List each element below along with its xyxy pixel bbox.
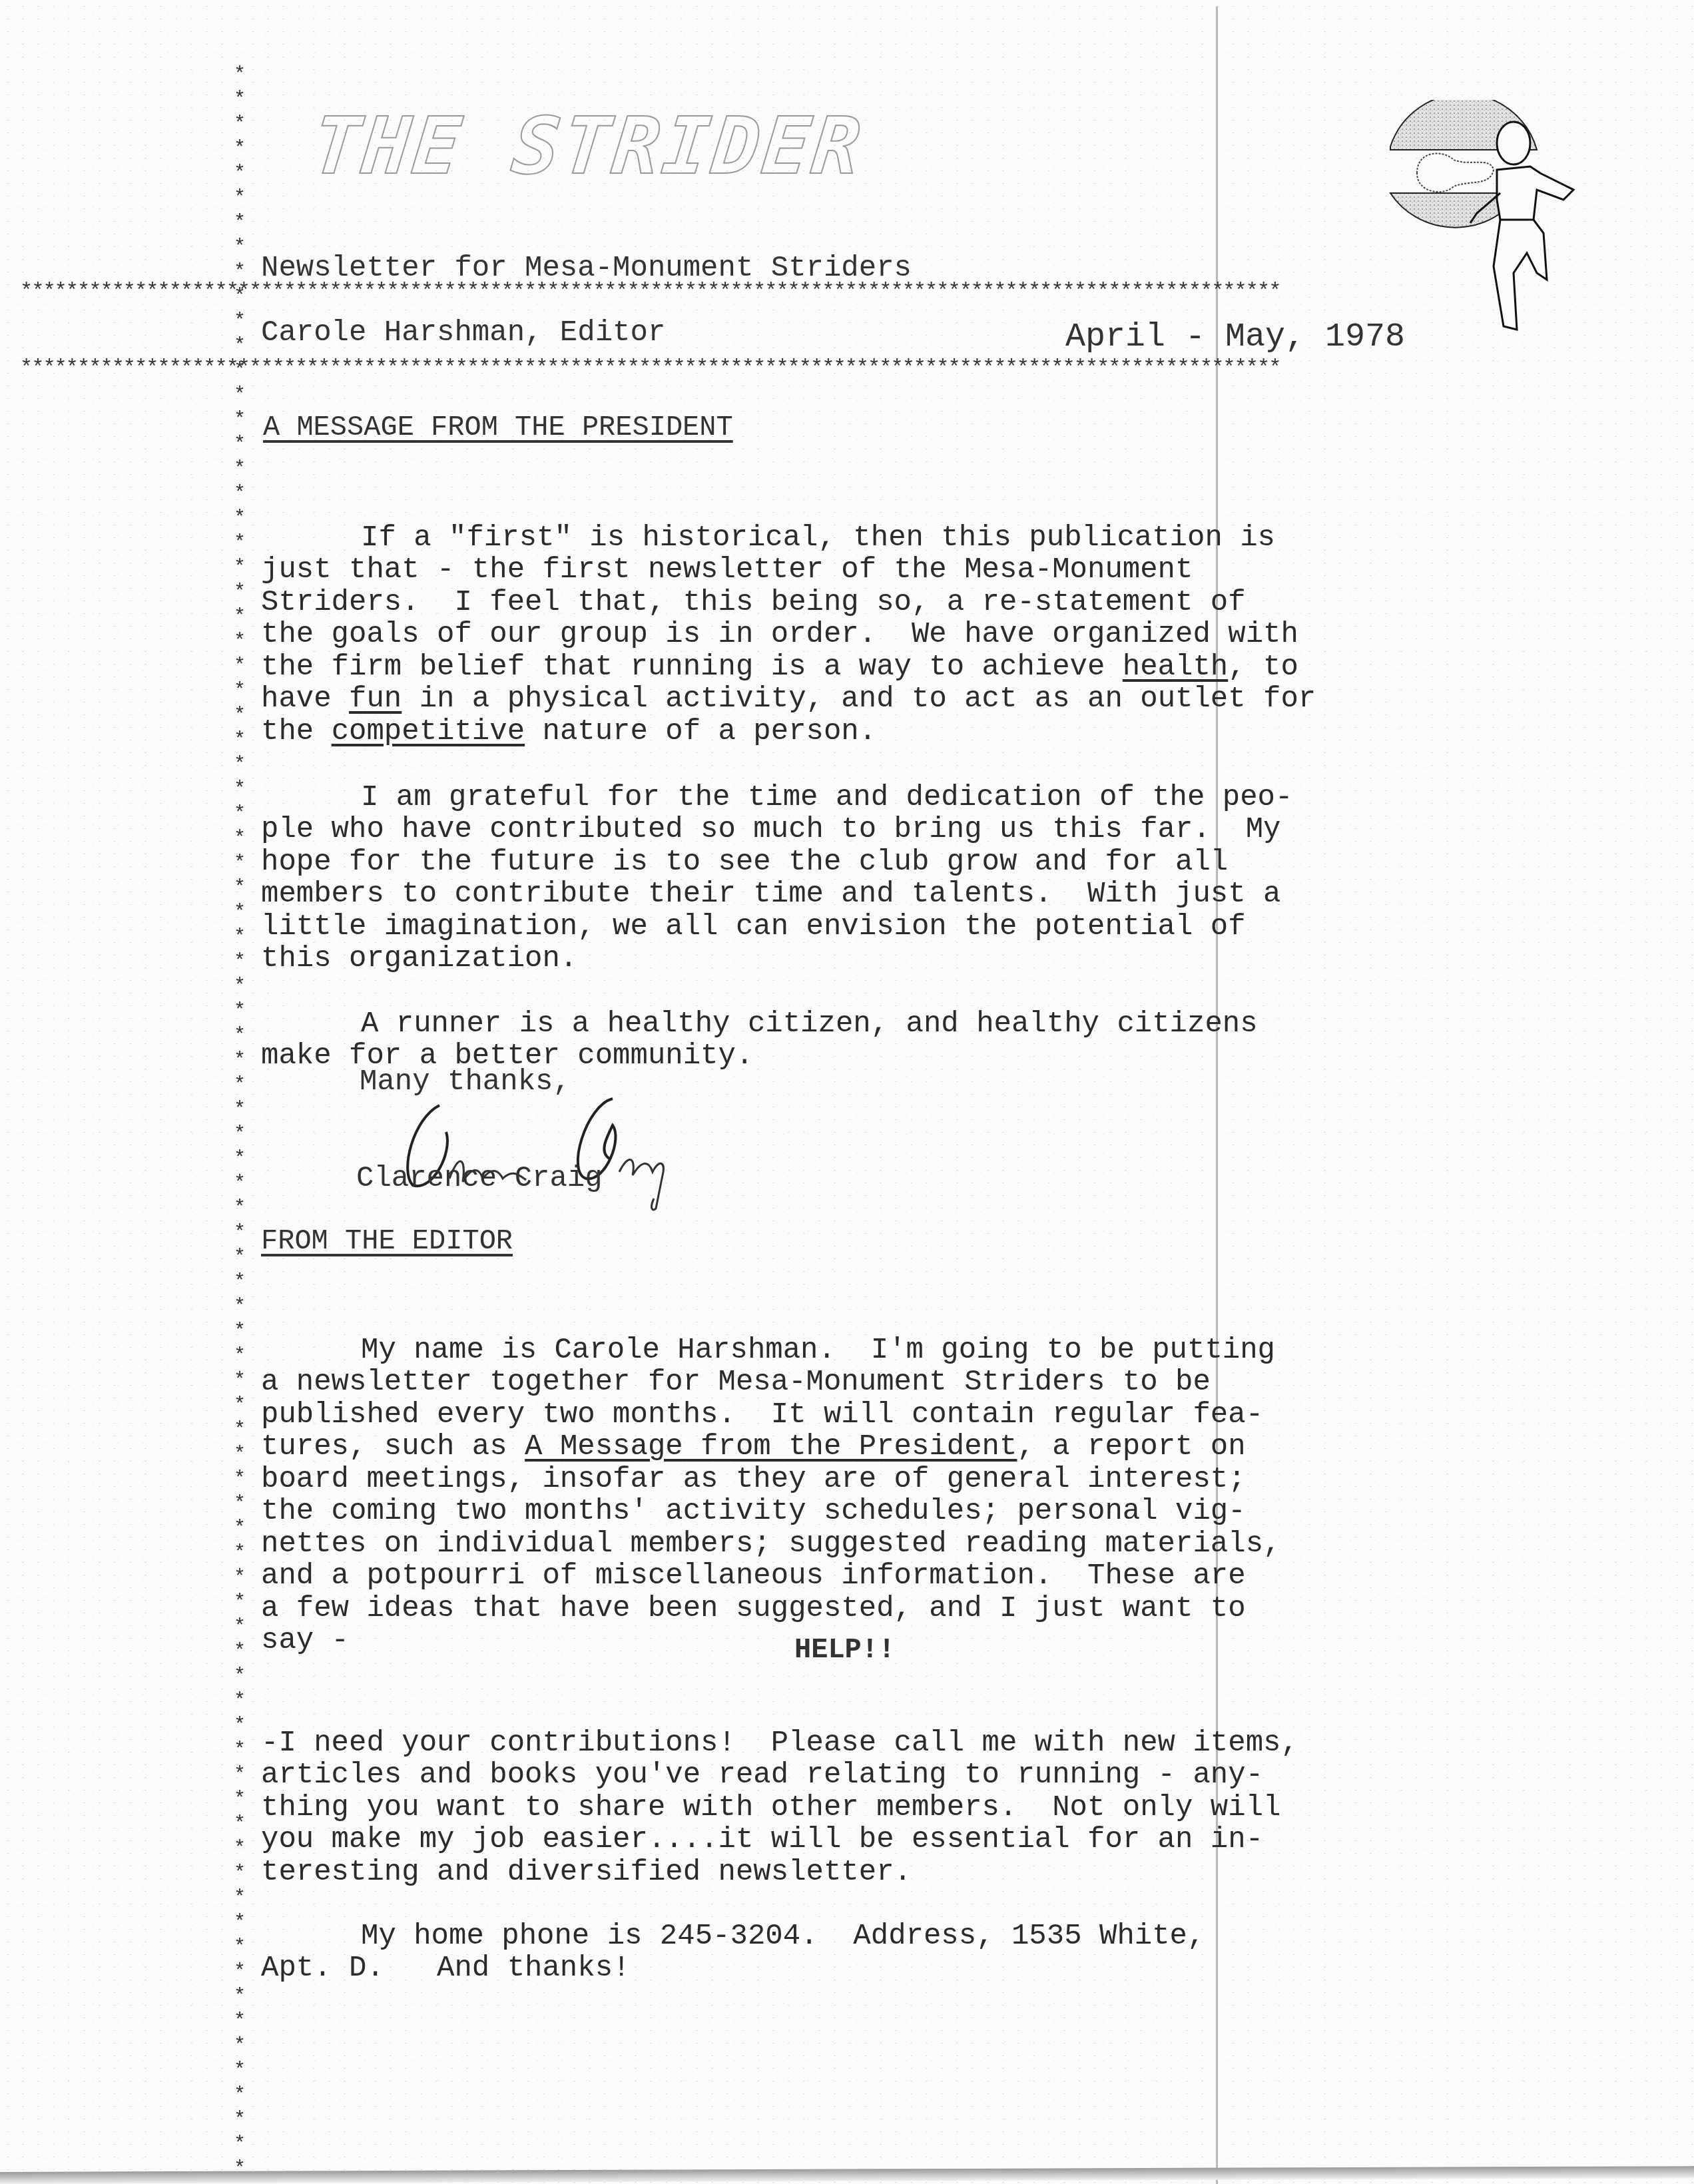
emphasis-competitive: competitive xyxy=(332,715,525,748)
masthead-title: THE STRIDER xyxy=(308,100,868,192)
emphasis-health: health xyxy=(1123,651,1228,684)
star-border-bottom: ****************************************… xyxy=(20,356,1432,380)
president-paragraph-1: If a "first" is historical, then this pu… xyxy=(261,489,1316,748)
newsletter-subtitle: Newsletter for Mesa-Monument Striders xyxy=(261,252,912,285)
editor-paragraph-3: My home phone is 245-3204. Address, 1535… xyxy=(261,1888,1205,1985)
editor-section-heading: FROM THE EDITOR xyxy=(261,1225,513,1257)
emphasis-fun: fun xyxy=(349,682,402,716)
issue-date: April - May, 1978 xyxy=(1065,318,1405,356)
feature-title-president-message: A Message from the President xyxy=(525,1430,1017,1464)
president-paragraph-2: I am grateful for the time and dedicatio… xyxy=(261,749,1292,975)
scanned-page: ****************************************… xyxy=(0,0,1694,2184)
editor-credit: Carole Harshman, Editor xyxy=(261,316,665,350)
help-callout: HELP!! xyxy=(794,1634,895,1666)
editor-paragraph-1: My name is Carole Harshman. I'm going to… xyxy=(261,1302,1280,1657)
runner-logo-icon xyxy=(1377,100,1577,340)
editor-paragraph-2: -I need your contributions! Please call … xyxy=(261,1695,1298,1888)
page-bottom-edge xyxy=(0,2166,1694,2184)
signer-name: Clarence Craig xyxy=(356,1162,603,1195)
president-section-heading: A MESSAGE FROM THE PRESIDENT xyxy=(263,411,733,443)
president-paragraph-3: A runner is a healthy citizen, and healt… xyxy=(261,975,1258,1073)
